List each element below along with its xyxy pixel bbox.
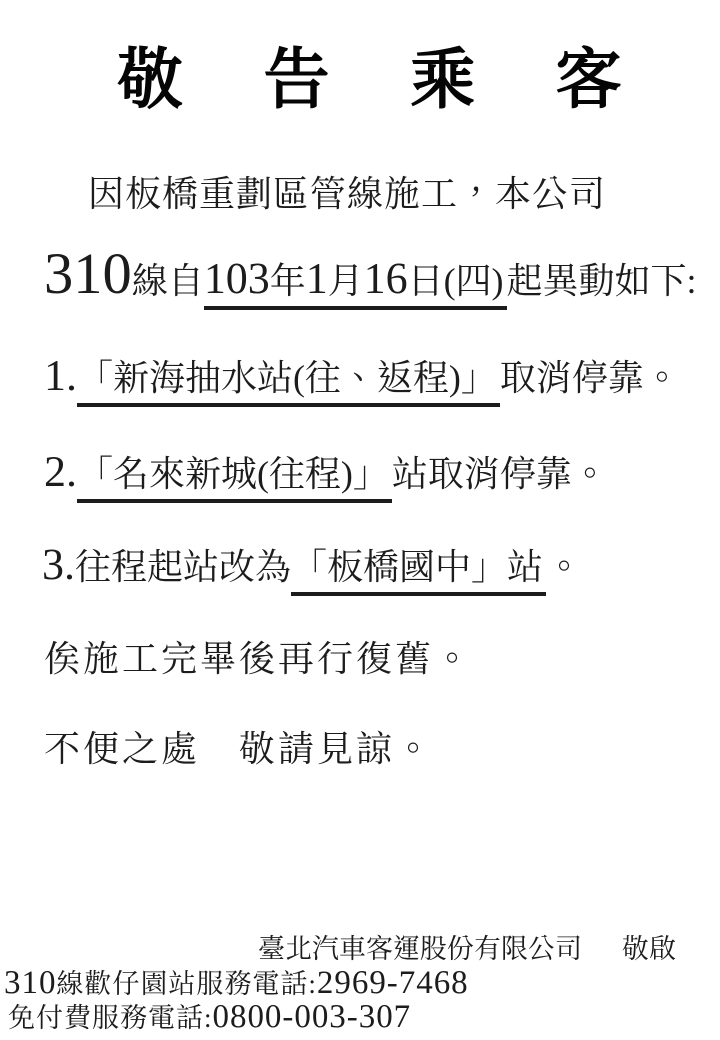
tollfree-service-phone-line: 免付費服務電話:0800-003-307 (8, 1002, 411, 1034)
route-number: 310 (44, 251, 132, 304)
item-post-text: 。 (546, 547, 582, 587)
underlined-station-name: 「名來新城(往程)」 (77, 453, 392, 503)
schedule-change-line: 310線自103年1月16日(四)起異動如下: (44, 254, 697, 310)
station-service-phone-line: 310線歡仔園站服務電話:2969-7468 (4, 968, 469, 1000)
resume-service-line: 俟施工完畢後再行復舊。 (44, 638, 473, 681)
item-number: 1. (44, 358, 77, 398)
company-signature: 臺北汽車客運股份有限公司敬啟 (258, 933, 676, 965)
effective-date-underlined: 103年1月16日(四) (204, 260, 507, 310)
company-name: 臺北汽車客運股份有限公司 (258, 934, 582, 964)
apology-line: 不便之處 敬請見諒。 (44, 728, 434, 771)
item-number: 3. (42, 547, 75, 587)
item-post-text: 取消停靠。 (500, 358, 680, 398)
item-pre-text: 往程起站改為 (75, 547, 291, 587)
notice-item-3: 3.往程起站改為「板橋國中」站。 (42, 546, 582, 596)
underlined-station-name: 「新海抽水站(往、返程)」 (77, 357, 500, 407)
date-line-post: 起異動如下: (507, 261, 697, 301)
notice-item-1: 1.「新海抽水站(往、返程)」取消停靠。 (44, 357, 680, 407)
item-number: 2. (44, 454, 77, 494)
signature-closing: 敬啟 (622, 934, 676, 964)
date-line-pre: 線自 (132, 261, 204, 301)
intro-line: 因板橋重劃區管線施工，本公司 (88, 173, 606, 216)
item-post-text: 站取消停靠。 (392, 454, 608, 494)
underlined-station-name: 「板橋國中」站 (291, 546, 546, 596)
notice-document: 敬 告 乘 客 因板橋重劃區管線施工，本公司 310線自103年1月16日(四)… (0, 0, 720, 1040)
notice-item-2: 2.「名來新城(往程)」站取消停靠。 (44, 453, 608, 503)
notice-title: 敬 告 乘 客 (0, 26, 720, 121)
